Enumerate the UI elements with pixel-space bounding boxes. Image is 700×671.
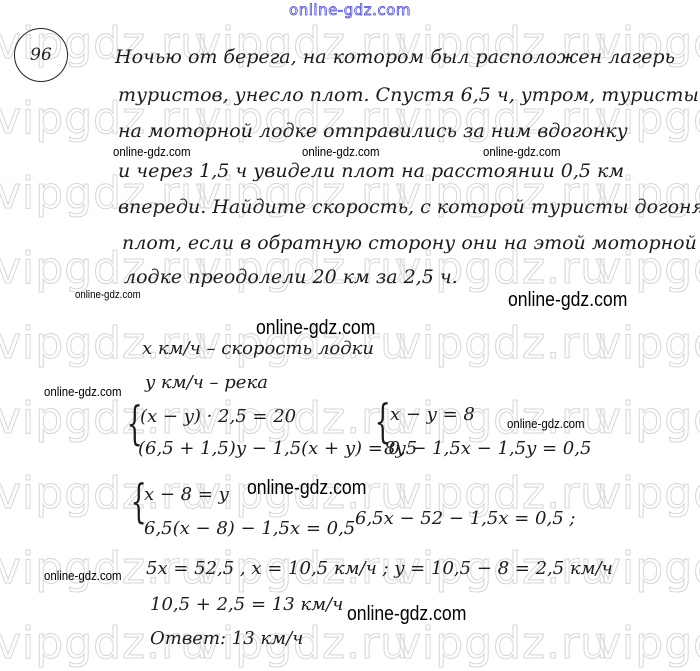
task-line-4: и через 1,5 ч увидели плот на расстоянии… xyxy=(118,162,624,181)
overlay-watermark: online-gdz.com xyxy=(44,569,122,582)
system1-eq1: (x − y) · 2,5 = 20 xyxy=(140,408,296,426)
overlay-watermark: online-gdz.com xyxy=(507,417,585,430)
background-watermark: vipgdz.ru xyxy=(395,622,609,666)
solution-page: vipgdz.ruvipgdz.ruvipgdz.ruvipgdz.ruvipg… xyxy=(0,0,700,671)
overlay-watermark: online-gdz.com xyxy=(508,290,627,310)
overlay-watermark: online-gdz.com xyxy=(44,385,122,398)
overlay-watermark: online-gdz.com xyxy=(247,478,366,498)
var-x-definition: x км/ч – скорость лодки xyxy=(142,340,374,358)
solution-step-1: 6,5x − 52 − 1,5x = 0,5 ; xyxy=(355,510,575,528)
solution-step-3: 10,5 + 2,5 = 13 км/ч xyxy=(150,596,343,614)
var-y-definition: y км/ч – река xyxy=(145,374,268,392)
background-watermark: vipgdz.ru xyxy=(395,322,609,366)
overlay-watermark: online-gdz.com xyxy=(75,290,141,301)
site-header-label: online-gdz.com xyxy=(0,1,700,19)
task-line-5: впереди. Найдите скорость, с которой тур… xyxy=(118,198,700,217)
answer-line: Ответ: 13 км/ч xyxy=(150,630,303,648)
task-line-7: лодке преодолели 20 км за 2,5 ч. xyxy=(124,268,458,287)
problem-number-badge: 96 xyxy=(14,28,68,82)
task-line-6: плот, если в обратную сторону они на это… xyxy=(122,234,697,253)
task-line-3: на моторной лодке отправились за ним вдо… xyxy=(118,122,628,141)
background-watermark: vipgdz.ru xyxy=(595,472,700,516)
task-line-2: туристов, унесло плот. Спустя 6,5 ч, утр… xyxy=(118,86,699,105)
problem-number: 96 xyxy=(30,45,52,65)
overlay-watermark: online-gdz.com xyxy=(113,145,191,158)
system3-eq2: 6,5(x − 8) − 1,5x = 0,5 xyxy=(144,520,355,538)
task-line-1: Ночью от берега, на котором был располож… xyxy=(115,48,675,67)
overlay-watermark: online-gdz.com xyxy=(302,145,380,158)
overlay-watermark: online-gdz.com xyxy=(483,145,561,158)
system2-eq2: 8y − 1,5x − 1,5y = 0,5 xyxy=(384,440,591,458)
background-watermark: vipgdz.ru xyxy=(595,397,700,441)
background-watermark: vipgdz.ru xyxy=(595,322,700,366)
overlay-watermark: online-gdz.com xyxy=(347,604,466,624)
solution-step-2: 5x = 52,5 , x = 10,5 км/ч ; y = 10,5 − 8… xyxy=(146,560,613,578)
system3-eq1: x − 8 = y xyxy=(144,486,229,504)
background-watermark: vipgdz.ru xyxy=(595,622,700,666)
system2-eq1: x − y = 8 xyxy=(390,406,475,424)
overlay-watermark: online-gdz.com xyxy=(256,318,375,338)
